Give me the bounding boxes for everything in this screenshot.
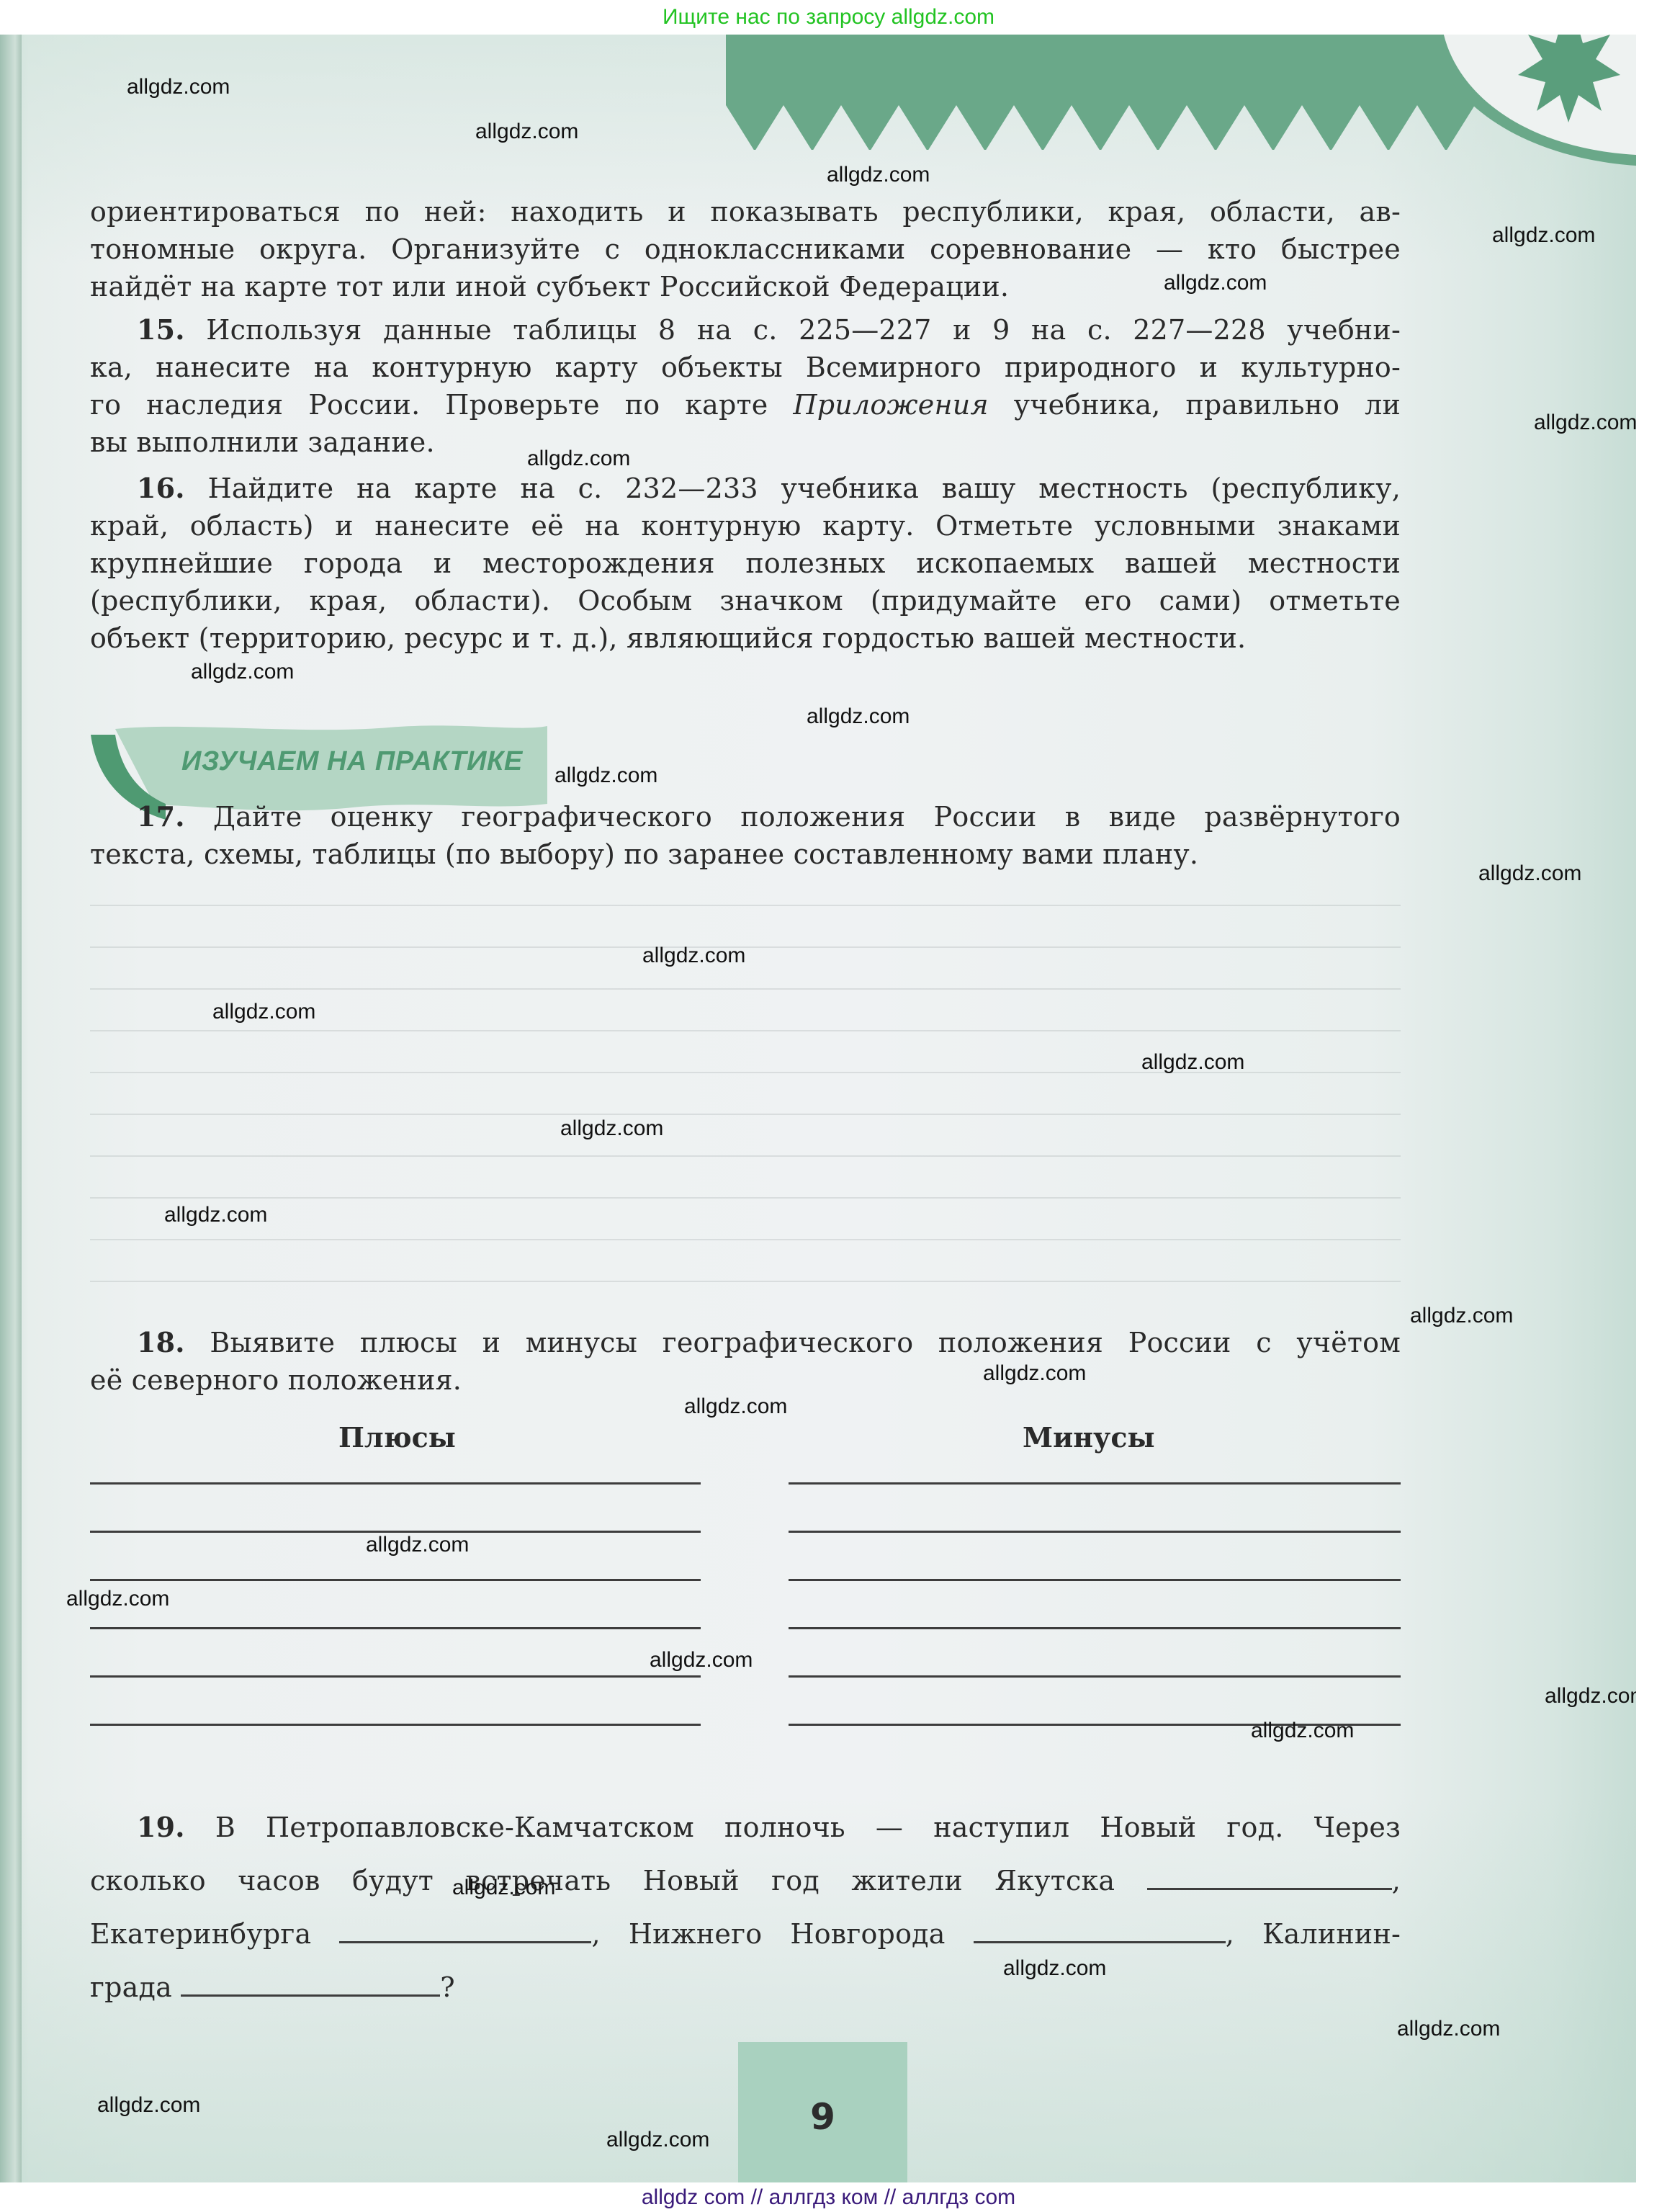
star-badge-icon — [1411, 35, 1636, 222]
watermark-text: allgdz.com — [191, 660, 294, 684]
watermark-text: allgdz.com — [560, 1116, 663, 1141]
text-line: крупнейшие города и месторождения полезн… — [90, 545, 1401, 582]
comma: , — [1392, 1865, 1401, 1897]
text-line: текста, схемы, таблицы (по выбору) по за… — [90, 836, 1401, 873]
watermark-text: allgdz.com — [1397, 2017, 1500, 2041]
text-line: Екатеринбурга — [90, 1918, 311, 1950]
watermark-text: allgdz.com — [1410, 1304, 1513, 1328]
answer-line[interactable] — [90, 1197, 1401, 1199]
watermark-text: allgdz.com — [554, 764, 657, 788]
italic-appendix-word: Приложения — [793, 389, 988, 421]
task-number: 18. — [137, 1326, 185, 1358]
answer-line[interactable] — [90, 1114, 1401, 1115]
watermark-text: allgdz.com — [1492, 223, 1595, 248]
watermark-text: allgdz.com — [606, 2128, 709, 2152]
text-line: край, область) и нанесите её на контурну… — [90, 507, 1401, 545]
watermark-text: allgdz.com — [983, 1361, 1086, 1386]
text-line: (республики, края, области). Особым знач… — [90, 582, 1401, 619]
text-line: её северного положения. — [90, 1361, 1401, 1399]
page-number: 9 — [738, 2096, 907, 2138]
plus-answer-line[interactable] — [90, 1579, 701, 1581]
text-line: града — [90, 1971, 172, 2003]
text-line: ориентироваться по ней: находить и показ… — [90, 193, 1401, 230]
minus-answer-line[interactable] — [789, 1675, 1401, 1678]
watermark-text: allgdz.com — [366, 1533, 469, 1557]
answer-line[interactable] — [90, 1239, 1401, 1240]
watermark-text: allgdz.com — [1164, 271, 1267, 295]
text-line: Выявите плюсы и минусы географического п… — [210, 1327, 1401, 1358]
watermark-text: allgdz.com — [212, 1000, 315, 1024]
answer-line[interactable] — [90, 905, 1401, 906]
watermark-text: allgdz.com — [1534, 411, 1636, 435]
text-line: сколько часов будут встречать Новый год … — [90, 1865, 1115, 1897]
task-number: 16. — [137, 472, 185, 504]
kaliningrad-answer-blank[interactable] — [181, 1973, 440, 1997]
zigzag-header-decoration — [726, 35, 1489, 150]
watermark-text: allgdz.com — [66, 1587, 169, 1611]
plus-answer-line[interactable] — [90, 1724, 701, 1726]
plus-answer-line[interactable] — [90, 1482, 701, 1485]
search-hint-text[interactable]: Ищите нас по запросу allgdz.com — [663, 5, 994, 29]
task-17: 17. Дайте оценку географического положен… — [90, 798, 1401, 873]
task-15: 15. Используя данные таблицы 8 на с. 225… — [90, 311, 1401, 461]
text-line: объект (территорию, ресурс и т. д.), явл… — [90, 619, 1401, 657]
text-line: Калинин- — [1262, 1918, 1401, 1950]
task-number: 17. — [137, 800, 185, 833]
watermark-text: allgdz.com — [1478, 861, 1581, 886]
minus-answer-line[interactable] — [789, 1627, 1401, 1629]
task-18: 18. Выявите плюсы и минусы географическо… — [90, 1324, 1401, 1399]
yakutsk-answer-blank[interactable] — [1147, 1866, 1392, 1890]
answer-line[interactable] — [90, 1030, 1401, 1031]
answer-line[interactable] — [90, 988, 1401, 990]
text-line: Используя данные таблицы 8 на с. 225—227… — [206, 314, 1401, 346]
search-hint-bar: Ищите нас по запросу allgdz.com — [0, 0, 1657, 35]
watermark-text: allgdz.com — [1141, 1050, 1244, 1075]
watermark-text: allgdz.com — [642, 944, 745, 968]
text-line: В Петропавловске-Камчатском полночь — на… — [215, 1812, 1401, 1843]
watermark-text: allgdz.com — [684, 1394, 787, 1419]
minus-answer-line[interactable] — [789, 1579, 1401, 1581]
task-19: 19. В Петропавловске-Камчатском полночь … — [90, 1801, 1401, 2014]
question-mark: ? — [440, 1971, 455, 2003]
answer-line[interactable] — [90, 1281, 1401, 1282]
mirror-links-bar: allgdz com // аллгдз ком // аллгдз com — [0, 2182, 1657, 2212]
watermark-text: allgdz.com — [127, 75, 230, 99]
watermark-text: allgdz.com — [807, 704, 910, 729]
workbook-page: ориентироваться по ней: находить и показ… — [0, 35, 1636, 2182]
answer-line[interactable] — [90, 1155, 1401, 1157]
task-number: 19. — [137, 1811, 185, 1843]
minus-answer-line[interactable] — [789, 1531, 1401, 1533]
watermark-text: allgdz.com — [475, 120, 578, 144]
comma: , — [1226, 1918, 1234, 1950]
watermark-text: allgdz.com — [1251, 1719, 1354, 1743]
page-number-tab: 9 — [738, 2042, 907, 2182]
text-line: ка, нанесите на контурную карту объекты … — [90, 349, 1401, 386]
minus-answer-line[interactable] — [789, 1482, 1401, 1485]
watermark-text: allgdz.com — [164, 1203, 267, 1227]
watermark-text: allgdz.com — [527, 447, 630, 471]
watermark-text: allgdz.com — [827, 163, 930, 187]
pluses-column-header: Плюсы — [338, 1421, 456, 1454]
text-line: Нижнего Новгорода — [629, 1918, 946, 1950]
watermark-text: allgdz.com — [650, 1648, 753, 1673]
task-number: 15. — [137, 313, 185, 346]
text-line: вы выполнили задание. — [90, 424, 1401, 461]
text-line: го наследия России. Проверьте по карте — [90, 389, 768, 421]
plus-answer-line[interactable] — [90, 1627, 701, 1629]
minuses-column-header: Минусы — [1023, 1421, 1155, 1454]
text-line: тономные округа. Организуйте с однокласс… — [90, 230, 1401, 268]
text-line: учебника, правильно ли — [1014, 389, 1401, 421]
watermark-text: allgdz.com — [1545, 1684, 1636, 1709]
yekaterinburg-answer-blank[interactable] — [339, 1920, 591, 1943]
text-line: Дайте оценку географического положения Р… — [213, 801, 1401, 833]
plus-answer-line[interactable] — [90, 1675, 701, 1678]
watermark-text: allgdz.com — [97, 2093, 200, 2118]
task-16: 16. Найдите на карте на с. 232—233 учебн… — [90, 470, 1401, 657]
page-spine-shadow — [0, 35, 22, 2182]
nizhny-novgorod-answer-blank[interactable] — [974, 1920, 1226, 1943]
watermark-text: allgdz.com — [452, 1876, 555, 1900]
text-line: Найдите на карте на с. 232—233 учебника … — [208, 473, 1401, 504]
mirror-links-text[interactable]: allgdz com // аллгдз ком // аллгдз com — [642, 2185, 1015, 2209]
comma: , — [591, 1918, 600, 1950]
watermark-text: allgdz.com — [1003, 1956, 1106, 1981]
section-banner-label: ИЗУЧАЕМ НА ПРАКТИКЕ — [181, 746, 523, 777]
